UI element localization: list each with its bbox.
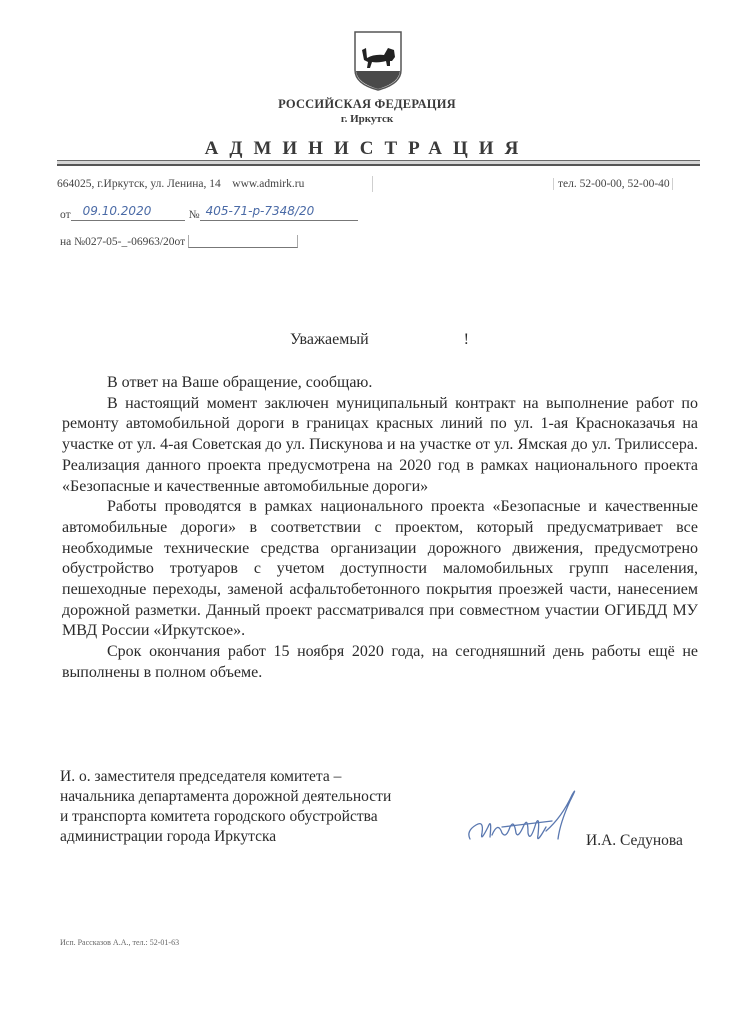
handwritten-number: 405-71-р-7348/20 [206,204,315,218]
number-label: № [189,209,200,221]
title-line: начальника департамента дорожной деятель… [60,787,391,807]
website-link[interactable]: www.admirk.ru [232,178,304,190]
paragraph: Работы проводятся в рамках национального… [62,497,698,642]
divider [372,176,373,192]
federation-title: РОССИЙСКАЯ ФЕДЕРАЦИЯ [0,97,734,112]
irkutsk-coat-of-arms-icon [352,30,404,92]
reply-to-label: на №027-05-_-06963/20от [60,236,185,248]
title-line: И. о. заместителя председателя комитета … [60,767,391,787]
header-rule [57,160,700,166]
city-title: г. Иркутск [0,113,734,125]
handwritten-date: 09.10.2020 [83,204,152,218]
letter-body: В ответ на Ваше обращение, сообщаю. В на… [62,373,698,684]
greeting-text: Уважаемый [290,331,369,348]
handwritten-signature-icon [462,787,597,847]
signatory-name: И.А. Седунова [586,832,683,850]
number-field: 405-71-р-7348/20 [200,206,358,221]
address-line: 664025, г.Иркутск, ул. Ленина, 14 www.ad… [57,178,304,190]
organization-title: АДМИНИСТРАЦИЯ [0,138,734,160]
phone: тел. 52-00-00, 52-00-40 [553,178,673,190]
paragraph: Срок окончания работ 15 ноября 2020 года… [62,642,698,683]
title-line: администрации города Иркутска [60,827,391,847]
address: 664025, г.Иркутск, ул. Ленина, 14 [57,178,221,190]
date-label: от [60,209,71,221]
incoming-reference: на №027-05-_-06963/20от [60,235,298,248]
signatory-title: И. о. заместителя председателя комитета … [60,767,391,847]
reply-to-date-field [188,235,298,248]
title-line: и транспорта комитета городского обустро… [60,807,391,827]
executor-info: Исп. Рассказов А.А., тел.: 52-01-63 [60,938,179,947]
date-field: 09.10.2020 [71,206,185,221]
outgoing-reference: от 09.10.2020 № 405-71-р-7348/20 [60,206,358,221]
paragraph: В ответ на Ваше обращение, сообщаю. [62,373,698,394]
greeting-punctuation: ! [464,331,469,348]
greeting: Уважаемый! [290,331,469,349]
paragraph: В настоящий момент заключен муниципальны… [62,394,698,498]
